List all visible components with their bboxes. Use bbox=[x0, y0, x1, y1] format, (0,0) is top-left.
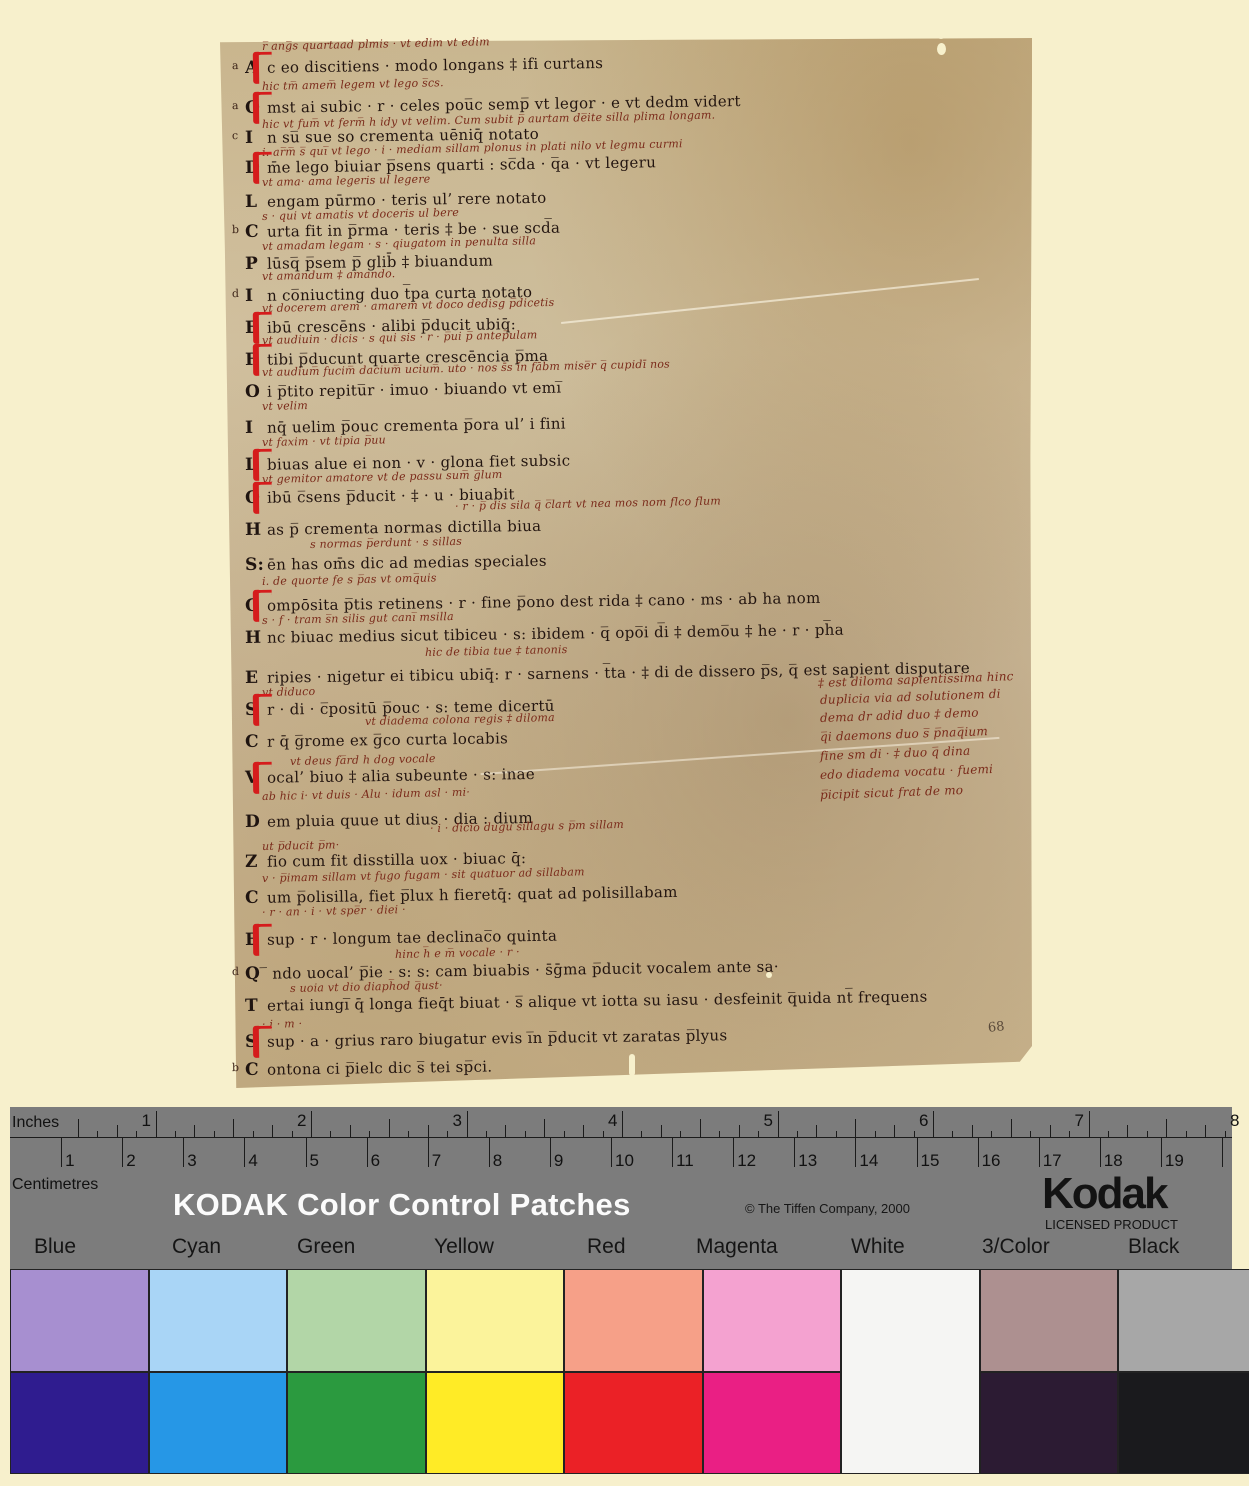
ruler-tick bbox=[369, 1131, 370, 1137]
manuscript-line: bContona ci p̅ielc dic s̅ tei sp̅ci. bbox=[245, 1057, 493, 1080]
patch-light-yellow bbox=[426, 1269, 565, 1372]
patch-light-3-color bbox=[980, 1269, 1119, 1372]
patch-dark-magenta bbox=[703, 1372, 842, 1474]
ruler-tick bbox=[367, 1137, 368, 1167]
inch-number: 4 bbox=[608, 1111, 617, 1131]
ruler-tick bbox=[1108, 1131, 1109, 1137]
patch-label-3-color: 3/Color bbox=[982, 1235, 1050, 1259]
ruler-tick bbox=[978, 1137, 979, 1167]
patch-label-blue: Blue bbox=[34, 1235, 76, 1259]
ruler-tick bbox=[306, 1137, 307, 1167]
ruler-tick bbox=[583, 1125, 584, 1137]
patch-label-magenta: Magenta bbox=[696, 1235, 778, 1259]
patch-label-black: Black bbox=[1128, 1235, 1179, 1259]
ruler-tick bbox=[739, 1125, 740, 1137]
cm-number: 3 bbox=[187, 1151, 196, 1171]
ruler-tick bbox=[1186, 1131, 1187, 1137]
folio-number: 68 bbox=[987, 1019, 1005, 1036]
patch-white bbox=[841, 1269, 980, 1474]
red-paragraph-mark bbox=[253, 482, 259, 514]
interlinear-gloss: hinc h̅ e m̅ vocale · r · bbox=[395, 945, 520, 961]
margin-letter: d bbox=[232, 287, 240, 300]
red-paragraph-mark bbox=[253, 52, 259, 84]
patch-light-black bbox=[1118, 1269, 1249, 1372]
cm-number: 19 bbox=[1165, 1151, 1184, 1171]
ruler-tick bbox=[447, 1131, 448, 1137]
inch-number: 5 bbox=[764, 1111, 773, 1131]
ruler-tick bbox=[1050, 1125, 1051, 1137]
ruler-tick bbox=[1161, 1137, 1162, 1167]
ruler-tick bbox=[700, 1119, 701, 1137]
ruler-tick bbox=[1030, 1131, 1031, 1137]
inch-number: 6 bbox=[919, 1111, 928, 1131]
red-paragraph-mark bbox=[253, 924, 259, 956]
ruler-tick bbox=[758, 1131, 759, 1137]
line-text: ocal’ biuo ‡ alia subeunte · s: inae bbox=[267, 765, 535, 787]
cm-number: 13 bbox=[798, 1151, 817, 1171]
ruler-tick bbox=[330, 1131, 331, 1137]
patch-light-blue bbox=[10, 1269, 149, 1372]
ruler-tick bbox=[214, 1131, 215, 1137]
patch-light-cyan bbox=[149, 1269, 288, 1372]
patch-dark-yellow bbox=[426, 1372, 565, 1474]
margin-letter: d bbox=[232, 965, 240, 978]
licensed-product-label: LICENSED PRODUCT bbox=[1045, 1217, 1178, 1232]
ruler-tick bbox=[719, 1131, 720, 1137]
patch-dark-blue bbox=[10, 1372, 149, 1474]
ruler-tick bbox=[733, 1137, 734, 1167]
ruler-tick bbox=[408, 1131, 409, 1137]
line-text: nq̄ uelim p̅ouc crementa p̅ora ul’ i fin… bbox=[267, 415, 566, 437]
ruler-tick bbox=[244, 1137, 245, 1167]
line-initial: D bbox=[245, 812, 267, 832]
patch-dark-green bbox=[287, 1372, 426, 1474]
cm-number: 12 bbox=[737, 1151, 756, 1171]
ruler-tick bbox=[794, 1137, 795, 1167]
kodak-color-strip: Inches Centimetres 123456781234567891011… bbox=[10, 1107, 1232, 1473]
copyright-notice: © The Tiffen Company, 2000 bbox=[745, 1201, 910, 1216]
patch-dark-cyan bbox=[149, 1372, 288, 1474]
patch-dark-black bbox=[1118, 1372, 1249, 1474]
patch-light-magenta bbox=[703, 1269, 842, 1372]
ruler-tick bbox=[1089, 1111, 1090, 1137]
ruler-tick bbox=[778, 1111, 779, 1137]
ruler-tick bbox=[428, 1125, 429, 1137]
inch-number: 3 bbox=[453, 1111, 462, 1131]
ruler-tick bbox=[1011, 1119, 1012, 1137]
cm-number: 1 bbox=[65, 1151, 74, 1171]
ruler-tick bbox=[489, 1137, 490, 1167]
ruler-tick bbox=[78, 1119, 79, 1137]
cm-number: 5 bbox=[310, 1151, 319, 1171]
ruler-tick bbox=[1100, 1137, 1101, 1167]
inches-label: Inches bbox=[12, 1114, 59, 1132]
ruler-tick bbox=[292, 1131, 293, 1137]
ruler-tick bbox=[350, 1125, 351, 1137]
ruler-tick bbox=[1039, 1137, 1040, 1167]
cm-number: 8 bbox=[493, 1151, 502, 1171]
red-paragraph-mark bbox=[253, 312, 259, 344]
parchment-hole bbox=[937, 43, 946, 55]
cm-number: 11 bbox=[676, 1151, 694, 1171]
ruler-tick bbox=[952, 1131, 953, 1137]
parchment-hole bbox=[936, 30, 946, 39]
line-text: ontona ci p̅ielc dic s̅ tei sp̅ci. bbox=[267, 1058, 493, 1079]
ruler-tick bbox=[136, 1131, 137, 1137]
interlinear-gloss: vt faxim · vt tipia p̅uu bbox=[262, 433, 386, 449]
ruler-tick bbox=[816, 1125, 817, 1137]
cm-number: 7 bbox=[432, 1151, 441, 1171]
ruler-tick bbox=[1166, 1119, 1167, 1137]
interlinear-gloss: vt velim bbox=[262, 399, 308, 413]
parchment-hole bbox=[629, 1054, 635, 1076]
cm-number: 14 bbox=[859, 1151, 878, 1171]
cm-number: 10 bbox=[615, 1151, 634, 1171]
margin-letter: b bbox=[232, 1061, 240, 1074]
ruler-tick bbox=[1147, 1131, 1148, 1137]
ruler-tick bbox=[97, 1131, 98, 1137]
line-initial: T bbox=[245, 996, 267, 1016]
margin-letter: c bbox=[232, 129, 239, 142]
ruler-tick bbox=[641, 1131, 642, 1137]
ruler-tick bbox=[272, 1125, 273, 1137]
margin-letter: b bbox=[232, 223, 240, 236]
ruler-tick bbox=[389, 1119, 390, 1137]
red-paragraph-mark bbox=[253, 590, 259, 622]
patch-dark-red bbox=[564, 1372, 703, 1474]
line-initial: C bbox=[245, 732, 267, 752]
inch-number: 2 bbox=[297, 1111, 306, 1131]
red-paragraph-mark bbox=[253, 1026, 259, 1058]
ruler-tick bbox=[603, 1131, 604, 1137]
cm-number: 9 bbox=[554, 1151, 563, 1171]
ruler-tick bbox=[117, 1125, 118, 1137]
ruler-tick bbox=[680, 1131, 681, 1137]
centimetres-label: Centimetres bbox=[12, 1176, 98, 1194]
ruler-tick bbox=[183, 1137, 184, 1167]
ruler-tick bbox=[933, 1111, 934, 1137]
ruler-tick bbox=[972, 1125, 973, 1137]
cm-number: 17 bbox=[1043, 1151, 1062, 1171]
red-paragraph-mark bbox=[253, 92, 259, 124]
cm-number: 4 bbox=[248, 1151, 257, 1171]
ruler-tick bbox=[156, 1111, 157, 1137]
ruler-tick bbox=[1225, 1131, 1226, 1137]
cm-number: 16 bbox=[982, 1151, 1001, 1171]
ruler-tick bbox=[836, 1131, 837, 1137]
ruler-tick bbox=[622, 1111, 623, 1137]
red-paragraph-mark bbox=[253, 152, 259, 184]
ruler-tick bbox=[855, 1119, 856, 1137]
ruler-tick bbox=[991, 1131, 992, 1137]
ruler-tick bbox=[544, 1119, 545, 1137]
line-initial: Q bbox=[245, 964, 267, 984]
ruler-tick bbox=[1069, 1131, 1070, 1137]
line-initial: S: bbox=[245, 555, 267, 575]
ruler-tick bbox=[122, 1137, 123, 1167]
patch-label-yellow: Yellow bbox=[434, 1235, 494, 1259]
ruler-tick bbox=[1205, 1125, 1206, 1137]
ruler-tick bbox=[194, 1125, 195, 1137]
patch-light-green bbox=[287, 1269, 426, 1372]
ruler-tick bbox=[467, 1111, 468, 1137]
ruler-tick bbox=[175, 1131, 176, 1137]
ruler-tick bbox=[894, 1125, 895, 1137]
inch-number: 7 bbox=[1075, 1111, 1084, 1131]
ruler-tick bbox=[564, 1131, 565, 1137]
ruler-tick bbox=[550, 1137, 551, 1167]
patch-label-green: Green bbox=[297, 1235, 355, 1259]
ruler-tick bbox=[486, 1131, 487, 1137]
red-paragraph-mark bbox=[253, 344, 259, 376]
patch-label-white: White bbox=[851, 1235, 905, 1259]
ruler-tick bbox=[1127, 1125, 1128, 1137]
ruler-tick bbox=[797, 1131, 798, 1137]
ruler-tick bbox=[1222, 1137, 1223, 1167]
line-initial: C bbox=[245, 1060, 267, 1080]
patch-light-red bbox=[564, 1269, 703, 1372]
line-initial: Z bbox=[245, 852, 267, 872]
ruler-tick bbox=[311, 1111, 312, 1137]
ruler-tick bbox=[505, 1125, 506, 1137]
ruler-tick bbox=[611, 1137, 612, 1167]
ruler-tick bbox=[233, 1119, 234, 1137]
line-text: r q̄ g̅rome ex g̅co curta locabis bbox=[267, 729, 508, 750]
line-text: ēn has om̄s dic ad medias speciales bbox=[267, 552, 547, 574]
red-paragraph-mark bbox=[253, 694, 259, 726]
cm-number: 6 bbox=[371, 1151, 380, 1171]
ruler-baseline bbox=[10, 1137, 1232, 1138]
cm-number: 2 bbox=[126, 1151, 135, 1171]
red-paragraph-mark bbox=[253, 762, 259, 794]
cm-number: 15 bbox=[921, 1151, 940, 1171]
ruler-tick bbox=[914, 1131, 915, 1137]
margin-letter: a bbox=[232, 59, 239, 72]
kodak-logo: Kodak bbox=[1042, 1169, 1166, 1219]
ruler-tick bbox=[253, 1131, 254, 1137]
line-text: i p̅tito repitu̅r · imuo · biuando vt em… bbox=[267, 379, 562, 401]
line-initial: H bbox=[245, 628, 267, 648]
inch-number: 1 bbox=[142, 1111, 151, 1131]
ruler-tick bbox=[428, 1137, 429, 1167]
line-initial: H bbox=[245, 520, 267, 540]
margin-letter: a bbox=[232, 99, 239, 112]
ruler-tick bbox=[661, 1125, 662, 1137]
ruler-tick bbox=[525, 1131, 526, 1137]
kodak-title: KODAK Color Control Patches bbox=[173, 1187, 631, 1223]
ruler-tick bbox=[672, 1137, 673, 1167]
ruler-tick bbox=[61, 1137, 62, 1167]
manuscript-line: Cr q̄ g̅rome ex g̅co curta locabis bbox=[245, 728, 508, 752]
patch-label-cyan: Cyan bbox=[172, 1235, 221, 1259]
patch-dark-3-color bbox=[980, 1372, 1119, 1474]
inch-number: 8 bbox=[1230, 1111, 1239, 1131]
line-text: c eo discitiens · modo longans ‡ ifi cur… bbox=[267, 54, 603, 77]
ruler-tick bbox=[875, 1131, 876, 1137]
red-paragraph-mark bbox=[253, 449, 259, 481]
ruler-tick bbox=[855, 1137, 856, 1167]
cm-number: 18 bbox=[1104, 1151, 1123, 1171]
ruler-tick bbox=[917, 1137, 918, 1167]
patch-label-red: Red bbox=[587, 1235, 626, 1259]
manuscript-line: Vocal’ biuo ‡ alia subeunte · s: inae bbox=[245, 764, 535, 788]
